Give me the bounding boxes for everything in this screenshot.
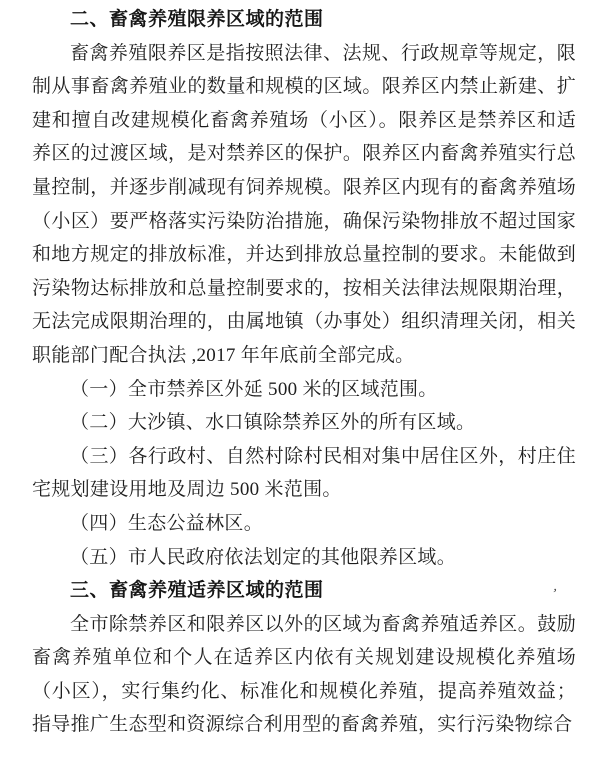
section-heading: 二、畜禽养殖限养区域的范围 <box>32 3 576 37</box>
body-paragraph: （五）市人民政府依法划定的其他限养区域。 <box>32 541 576 575</box>
body-paragraph: （四）生态公益林区。 <box>32 507 576 541</box>
section-heading: 三、畜禽养殖适养区域的范围 <box>32 574 576 608</box>
body-paragraph: 畜禽养殖限养区是指按照法律、法规、行政规章等规定，限制从事畜禽养殖业的数量和规模… <box>32 37 576 373</box>
body-paragraph: （二）大沙镇、水口镇除禁养区外的所有区域。 <box>32 406 576 440</box>
document-body: 二、畜禽养殖限养区域的范围畜禽养殖限养区是指按照法律、法规、行政规章等规定，限制… <box>32 3 576 742</box>
body-paragraph: 全市除禁养区和限养区以外的区域为畜禽养殖适养区。鼓励畜禽养殖单位和个人在适养区内… <box>32 608 576 742</box>
document-page: 二、畜禽养殖限养区域的范围畜禽养殖限养区是指按照法律、法规、行政规章等规定，限制… <box>0 0 606 758</box>
body-paragraph: （三）各行政村、自然村除村民相对集中居住区外，村庄住宅规划建设用地及周边 500… <box>32 440 576 507</box>
body-paragraph: （一）全市禁养区外延 500 米的区域范围。 <box>32 373 576 407</box>
